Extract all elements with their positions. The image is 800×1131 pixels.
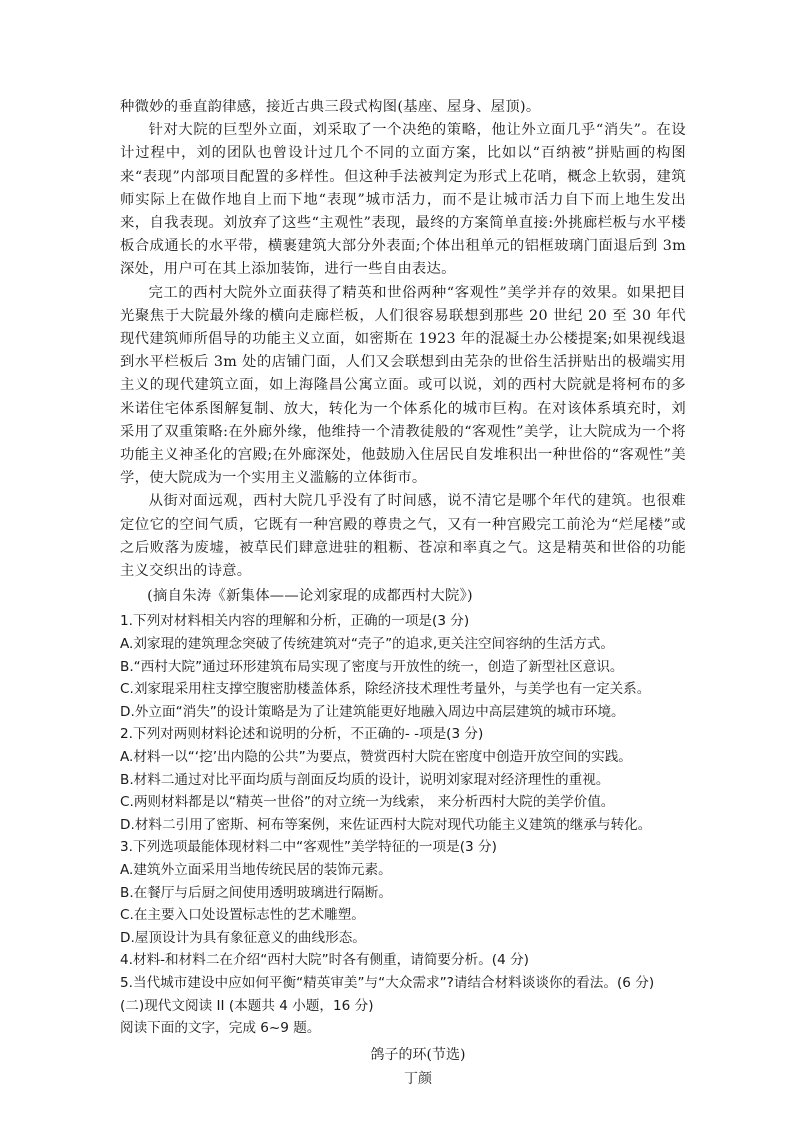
question-3-option-a: A.建筑外立面采用当地传统民居的装饰元素。	[120, 859, 720, 882]
article-author: 丁颜	[120, 1067, 686, 1091]
section-2-heading: (二)现代文阅读 II (本题共 4 小题，16 分)	[120, 995, 720, 1018]
passage-paragraph-1: 种微妙的垂直韵律感，接近古典三段式构图(基座、屋身、屋顶)。	[120, 96, 686, 119]
question-2-option-d: D.材料二引用了密斯、柯布等案例，来佐证西村大院对现代功能主义建筑的继承与转化。	[120, 814, 720, 837]
question-3-option-b: B.在餐厅与后厨之间使用透明玻璃进行隔断。	[120, 882, 720, 905]
article-title: 鸽子的环(节选)	[120, 1043, 686, 1067]
question-2-option-a: A.材料一以“‘挖’出内隐的公共”为要点，赞赏西村大院在密度中创造开放空间的实践…	[120, 746, 720, 769]
question-3-option-d: D.屋顶设计为具有象征意义的曲线形态。	[120, 927, 720, 950]
question-3-stem: 3.下列选项最能体现材料二中“客观性”美学特征的一项是(3 分)	[120, 836, 720, 859]
passage-paragraph-3: 完工的西村大院外立面获得了精英和世俗两种“客观性”美学并存的效果。如果把目光聚焦…	[120, 282, 686, 491]
question-2-stem: 2.下列对两则材料论述和说明的分析，不正确的- -项是(3 分)	[120, 723, 720, 746]
question-1-option-c: C.刘家琨采用柱支撑空腹密肋楼盖体系，除经济技术理性考量外，与美学也有一定关系。	[120, 678, 720, 701]
section-2-instruction: 阅读下面的文字，完成 6~9 题。	[120, 1017, 720, 1040]
question-list: 1.下列对材料相关内容的理解和分析，正确的一项是(3 分) A.刘家琨的建筑理念…	[120, 610, 720, 1039]
passage-paragraph-2: 针对大院的巨型外立面，刘采取了一个决绝的策略，他让外立面几乎“消失”。在设计过程…	[120, 119, 686, 281]
question-2-option-c: C.两则材料都是以“精英一世俗”的对立统一为线索， 来分析西村大院的美学价值。	[120, 791, 720, 814]
question-4: 4.材料-和材料二在介绍“西村大院”时各有侧重，请简要分析。(4 分)	[120, 949, 720, 972]
passage-source: (摘自朱涛《新集体——论刘家琨的成都西村大院》)	[120, 585, 686, 608]
question-5: 5.当代城市建设中应如何平衡“精英审美”与“大众需求”?请结合材料谈谈你的看法。…	[120, 972, 720, 995]
reading-passage: 种微妙的垂直韵律感，接近古典三段式构图(基座、屋身、屋顶)。 针对大院的巨型外立…	[120, 96, 686, 608]
question-1-option-d: D.外立面“消失”的设计策略是为了让建筑能更好地融入周边中高层建筑的城市环境。	[120, 701, 720, 724]
question-1-option-b: B.“西村大院”通过环形建筑布局实现了密度与开放性的统一，创造了新型社区意识。	[120, 656, 720, 679]
question-1-option-a: A.刘家琨的建筑理念突破了传统建筑对“壳子”的追求,更关注空间容纳的生活方式。	[120, 633, 720, 656]
question-3-option-c: C.在主要入口处设置标志性的艺术雕塑。	[120, 904, 720, 927]
passage-paragraph-4: 从街对面远观，西村大院几乎没有了时间感，说不清它是哪个年代的建筑。也很难定位它的…	[120, 490, 686, 583]
question-1-stem: 1.下列对材料相关内容的理解和分析，正确的一项是(3 分)	[120, 610, 720, 633]
exam-page: 种微妙的垂直韵律感，接近古典三段式构图(基座、屋身、屋顶)。 针对大院的巨型外立…	[120, 96, 686, 1091]
question-2-option-b: B.材料二通过对比平面均质与剖面反均质的设计，说明刘家琨对经济理性的重视。	[120, 769, 720, 792]
